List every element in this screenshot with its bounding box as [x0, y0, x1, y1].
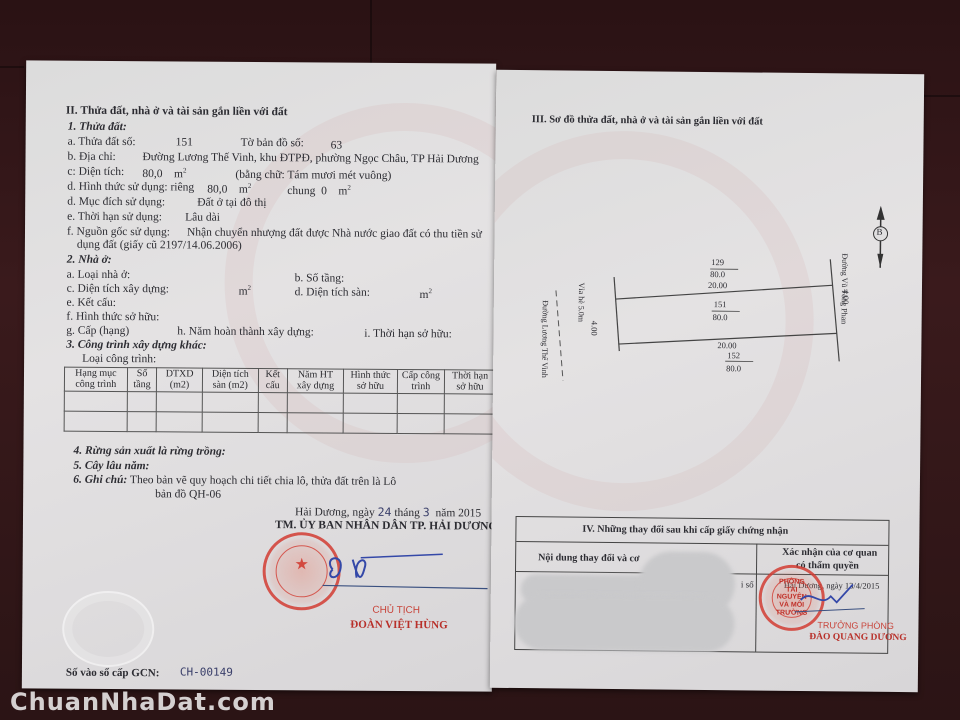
signature	[312, 547, 492, 598]
table-header: DTXD (m2)	[157, 368, 202, 392]
table-cell	[444, 394, 495, 414]
table-cell	[202, 392, 258, 412]
ownership-label: f. Hình thức sở hữu:	[66, 311, 159, 324]
table-row	[64, 411, 495, 434]
use-form-label: d. Hình thức sử dụng: riêng	[67, 181, 194, 194]
table-plank-seam	[920, 95, 960, 97]
section-title: III. Sơ đồ thửa đất, nhà ở và tài sản gắ…	[532, 114, 763, 127]
year-built-label: h. Năm hoàn thành xây dựng:	[177, 325, 314, 338]
table-cell	[127, 392, 157, 412]
ownership-term-label: i. Thời hạn sở hữu:	[364, 328, 452, 341]
table-cell	[287, 393, 344, 413]
table-cell	[343, 413, 397, 433]
road-left-label: Đường Lương Thế Vinh	[540, 300, 550, 378]
table-header: Hình thức sở hữu	[344, 369, 398, 393]
table-header: Số tầng	[127, 368, 157, 392]
area-label: c: Diện tích:	[67, 166, 124, 178]
parcel-north-area: 80.0	[710, 269, 725, 279]
sidewalk-label: Vỉa hè 5.0m	[577, 283, 586, 322]
table-cell	[344, 393, 398, 413]
table-cell	[258, 412, 287, 432]
use-shared-area: chung 0 m2	[287, 183, 351, 197]
changes-col2-header-1: Xác nhận của cơ quan	[782, 547, 877, 559]
floor-area-unit: m2	[420, 287, 433, 301]
note-line-2: bản đồ QH-06	[155, 488, 221, 500]
build-area-unit: m2	[239, 284, 252, 298]
build-area-label: c. Diện tích xây dựng:	[67, 283, 169, 296]
north-label: B	[877, 227, 883, 237]
changes-title: IV. Những thay đổi sau khi cấp giấy chứn…	[582, 524, 788, 537]
table-header: Diện tích sàn (m2)	[202, 368, 258, 392]
table-header: Kết cấu	[258, 368, 287, 392]
map-sheet-number: 63	[331, 139, 343, 151]
table-cell	[157, 392, 202, 412]
floor-area-label: d. Diện tích sàn:	[295, 286, 370, 299]
house-floors-label: b. Số tầng:	[295, 272, 345, 284]
map-sheet-label: Tờ bản đồ số:	[241, 137, 304, 149]
signer-title: CHỦ TỊCH	[372, 605, 420, 616]
parcel-label: a. Thửa đất số:	[68, 136, 136, 148]
forest-heading: 4. Rừng sản xuất là rừng trồng:	[73, 445, 225, 458]
parcel-number: 151	[176, 136, 193, 148]
parcel-diagram	[513, 230, 875, 394]
other-works-heading: 3. Công trình xây dựng khác:	[66, 339, 207, 352]
table-cell	[287, 413, 344, 433]
table-plank-seam	[370, 0, 372, 70]
origin-line-1: Nhận chuyển nhượng đất được Nhà nước gia…	[187, 226, 482, 240]
parcel-main-area: 80.0	[713, 312, 728, 322]
site-watermark: ChuanNhaDat.com	[10, 688, 276, 716]
table-header: Hạng mục công trình	[64, 367, 127, 391]
registry-number: CH-00149	[180, 665, 233, 678]
note-label: 6. Ghi chú:	[73, 474, 127, 486]
road-right-label: Đường Vũ Tông Phan	[840, 253, 850, 324]
use-private-area: 80,0 m2	[207, 182, 251, 196]
length-top: 20.00	[708, 280, 727, 290]
other-works-table: Hạng mục công trìnhSố tầngDTXD (m2)Diện …	[64, 367, 496, 435]
table-cell	[157, 412, 202, 432]
certificate-left-page: II. Thửa đất, nhà ở và tài sản gắn liền …	[22, 60, 496, 691]
note-line-1: Theo bản vẽ quy hoạch chi tiết chia lô, …	[130, 474, 396, 488]
embossed-seal	[62, 591, 155, 668]
parcel-south-number: 152	[727, 350, 740, 360]
grade-label: g. Cấp (hạng)	[66, 325, 129, 337]
table-cell	[444, 414, 495, 434]
confirm-name: ĐÀO QUANG DƯƠNG	[809, 632, 906, 643]
parcel-south-area: 80.0	[726, 363, 741, 373]
issuing-authority: TM. ỦY BAN NHÂN DÂN TP. HẢI DƯƠNG	[275, 519, 496, 533]
works-type-label: Loại công trình:	[82, 353, 156, 366]
changes-col1-header: Nội dung thay đổi và cơ	[538, 552, 640, 564]
table-header: Cấp công trình	[397, 369, 444, 393]
address-value: Đường Lương Thế Vinh, khu ĐTPĐ, phường N…	[142, 151, 478, 165]
purpose-label: d. Mục đích sử dụng:	[67, 196, 165, 209]
table-cell	[397, 393, 444, 413]
table-header: Năm HT xây dựng	[287, 369, 344, 393]
term-label: e. Thời hạn sử dụng:	[67, 211, 162, 224]
table-cell	[127, 412, 157, 432]
redacted-area	[514, 594, 735, 652]
table-plank-seam	[0, 66, 24, 68]
table-cell	[64, 391, 127, 411]
note-row: 6. Ghi chú: Theo bản vẽ quy hoạch chi ti…	[73, 474, 396, 488]
origin-line-2: dụng đất (giấy cũ 2197/14.06.2006)	[77, 239, 242, 252]
table-header: Thời hạn sở hữu	[444, 370, 495, 394]
house-heading: 2. Nhà ở:	[67, 254, 112, 266]
table-cell	[258, 392, 287, 412]
parcel-north-number: 129	[711, 257, 724, 267]
origin-label: f. Nguồn gốc sử dụng:	[67, 226, 170, 239]
changes-row-text-frag: i số	[741, 579, 754, 589]
structure-label: e. Kết cấu:	[66, 297, 116, 309]
table-cell	[202, 412, 258, 432]
signer-name: ĐOÀN VIỆT HÙNG	[350, 619, 447, 632]
term-value: Lâu dài	[185, 211, 220, 223]
confirm-title: TRƯỞNG PHÒNG	[817, 620, 894, 631]
registry-label: Số vào sổ cấp GCN:	[66, 667, 160, 680]
star-emblem-icon: ★	[294, 554, 308, 574]
parcel-main-number: 151	[714, 299, 727, 309]
house-type-label: a. Loại nhà ở:	[67, 269, 131, 281]
perennial-heading: 5. Cây lâu năm:	[73, 460, 149, 473]
issue-date: Hải Dương, ngày 24 tháng 3 năm 2015	[295, 504, 481, 519]
certificate-right-page: III. Sơ đồ thửa đất, nhà ở và tài sản gắ…	[490, 70, 924, 692]
width-left: 4.00	[589, 321, 599, 336]
land-heading: 1. Thửa đất:	[68, 121, 127, 133]
section-title: II. Thửa đất, nhà ở và tài sản gắn liền …	[66, 105, 288, 119]
address-label: b. Địa chỉ:	[67, 151, 115, 163]
area-in-words: (bằng chữ: Tám mươi mét vuông)	[235, 169, 391, 182]
table-cell	[64, 411, 127, 431]
area-value: 80,0 m2	[142, 166, 186, 180]
table-cell	[397, 413, 444, 433]
purpose-value: Đất ở tại đô thị	[197, 197, 266, 209]
signature	[791, 578, 871, 619]
length-bottom: 20.00	[717, 340, 736, 350]
